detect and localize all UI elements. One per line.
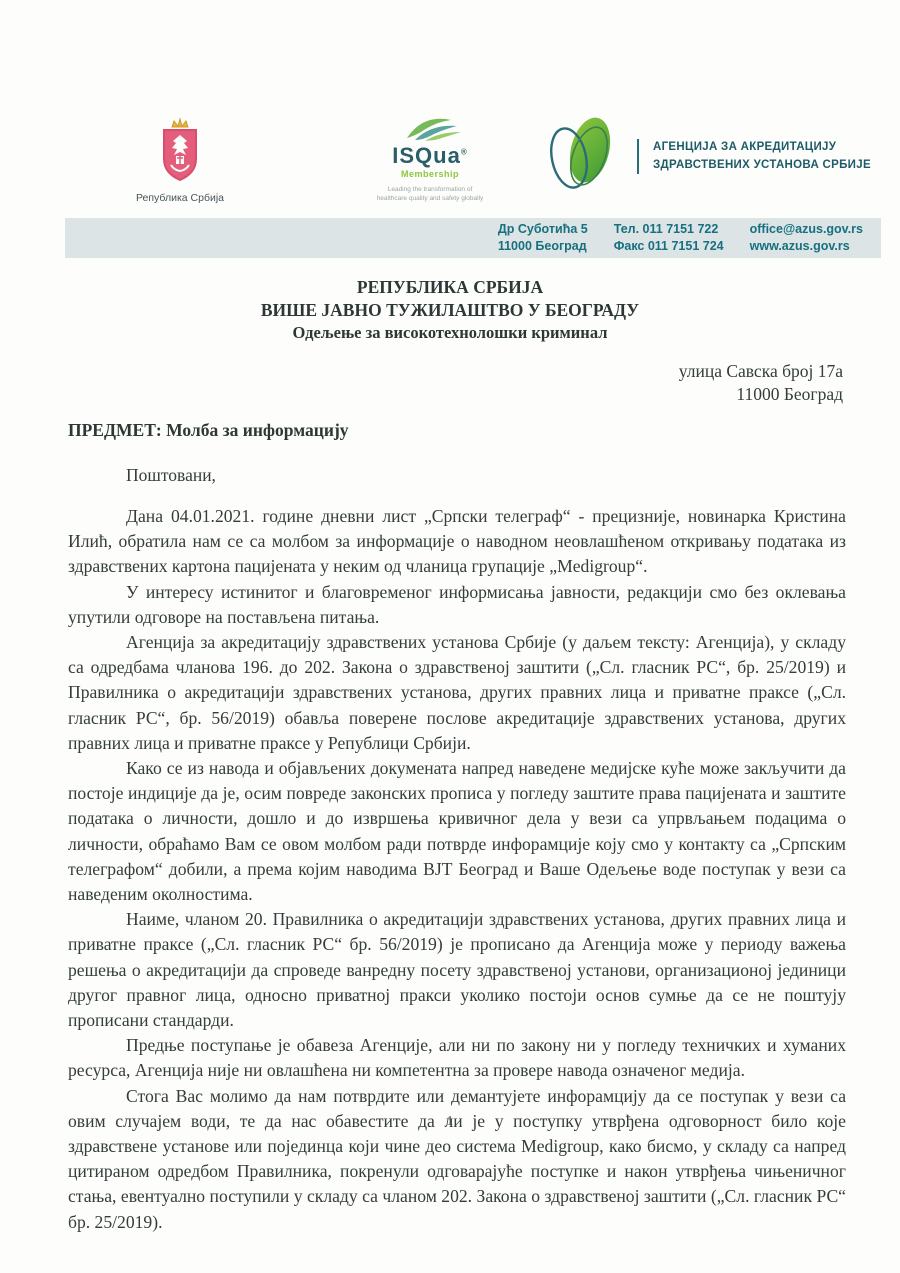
paragraph: Агенција за акредитацију здравствених ус…	[68, 630, 846, 756]
isqua-tagline: Leading the transformation of healthcare…	[350, 186, 510, 204]
contact-website: www.azus.gov.rs	[750, 238, 863, 255]
contact-address: Др Суботића 5 11000 Београд	[498, 221, 588, 255]
page-number: 1	[0, 1114, 900, 1130]
paragraph: Дана 04.01.2021. године дневни лист „Срп…	[68, 504, 846, 580]
isqua-wordmark: ISQua®	[350, 145, 510, 167]
azus-logo-block: АГЕНЦИЈА ЗА АКРЕДИТАЦИЈУ ЗДРАВСТВЕНИХ УС…	[545, 112, 871, 201]
paragraph: Наиме, чланом 20. Правилника о акредитац…	[68, 907, 846, 1033]
contact-bar: Др Суботића 5 11000 Београд Тел. 011 715…	[65, 218, 881, 258]
recipient-country: РЕПУБЛИКА СРБИЈА	[0, 276, 900, 299]
isqua-membership-label: Membership	[350, 169, 510, 179]
paragraph: Предње поступање је обавеза Агенције, ал…	[68, 1033, 846, 1083]
recipient-address: улица Савска број 17а 11000 Београд	[679, 360, 843, 406]
contact-phone-fax: Тел. 011 7151 722 Факс 011 7151 724	[614, 221, 724, 255]
registered-mark-icon: ®	[461, 148, 468, 157]
salutation: Поштовани,	[126, 465, 216, 486]
paragraph: Стога Вас молимо да нам потврдите или де…	[68, 1084, 846, 1235]
scanned-letter-page: Република Србија ISQua® Membership Leadi…	[0, 0, 900, 1273]
paragraph: Како се из навода и објављених докуменат…	[68, 756, 846, 907]
recipient-department: Одељење за високотехнолошки криминал	[0, 322, 900, 344]
isqua-logo-block: ISQua® Membership Leading the transforma…	[350, 112, 510, 204]
contact-email: office@azus.gov.rs	[750, 221, 863, 238]
paragraph: У интересу истинитог и благовременог инф…	[68, 580, 846, 630]
azus-logo-icon	[545, 112, 623, 201]
subject-line: ПРЕДМЕТ: Молба за информацију	[68, 420, 349, 441]
serbia-crest-block: Република Србија	[115, 117, 245, 204]
azus-agency-name: АГЕНЦИЈА ЗА АКРЕДИТАЦИЈУ ЗДРАВСТВЕНИХ УС…	[637, 139, 871, 175]
recipient-title-block: РЕПУБЛИКА СРБИЈА ВИШЕ ЈАВНО ТУЖИЛАШТВО У…	[0, 276, 900, 344]
recipient-institution: ВИШЕ ЈАВНО ТУЖИЛАШТВО У БЕОГРАДУ	[0, 299, 900, 322]
serbia-crest-caption: Република Србија	[115, 192, 245, 204]
letterhead: Република Србија ISQua® Membership Leadi…	[65, 112, 880, 217]
serbia-coat-of-arms-icon	[154, 170, 206, 187]
contact-web: office@azus.gov.rs www.azus.gov.rs	[750, 221, 863, 255]
